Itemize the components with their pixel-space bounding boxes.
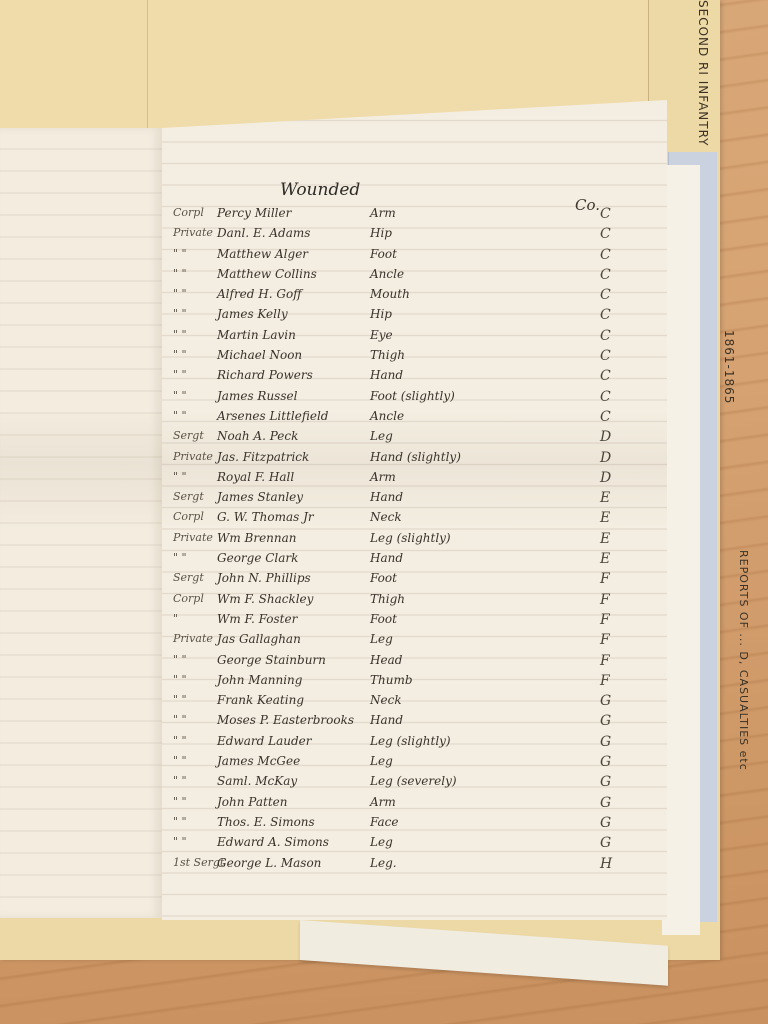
list-item: SergtJames StanleyHandE bbox=[165, 490, 665, 510]
company-letter: G bbox=[600, 795, 611, 811]
rank-text: " " bbox=[173, 409, 221, 422]
list-item: " "Edward A. SimonsLegG bbox=[165, 835, 665, 855]
list-item: CorplPercy MillerArmC bbox=[165, 206, 665, 226]
folder-description-label: REPORTS OF ... D, CASUALTIES etc bbox=[730, 550, 750, 771]
company-letter: F bbox=[600, 571, 610, 587]
list-item: PrivateWm BrennanLeg (slightly)E bbox=[165, 531, 665, 551]
list-item: " "John PattenArmG bbox=[165, 795, 665, 815]
rank-text: " " bbox=[173, 247, 221, 260]
soldier-name: Wm F. Shackley bbox=[217, 592, 313, 606]
company-letter: G bbox=[600, 774, 611, 790]
wound-location: Foot (slightly) bbox=[370, 389, 455, 403]
document-heading: Wounded bbox=[280, 180, 360, 200]
soldier-name: James McGee bbox=[217, 754, 300, 768]
soldier-name: Saml. McKay bbox=[217, 774, 297, 788]
wound-location: Leg bbox=[370, 429, 393, 443]
rank-text: " " bbox=[173, 835, 221, 848]
wound-location: Ancle bbox=[370, 409, 404, 423]
soldier-name: Matthew Collins bbox=[217, 267, 317, 281]
list-item: " "Michael NoonThighC bbox=[165, 348, 665, 368]
wound-location: Arm bbox=[370, 470, 396, 484]
soldier-name: Danl. E. Adams bbox=[217, 226, 310, 240]
rank-text: " " bbox=[173, 389, 221, 402]
list-item: " "James RusselFoot (slightly)C bbox=[165, 389, 665, 409]
left-page-blank bbox=[0, 128, 162, 918]
list-item: " "Royal F. HallArmD bbox=[165, 470, 665, 490]
wound-location: Eye bbox=[370, 328, 393, 342]
wound-location: Face bbox=[370, 815, 399, 829]
list-item: " "Moses P. EasterbrooksHandG bbox=[165, 713, 665, 733]
rank-text: " " bbox=[173, 734, 221, 747]
wound-location: Foot bbox=[370, 247, 397, 261]
rank-text: " " bbox=[173, 287, 221, 300]
list-item: CorplG. W. Thomas JrNeckE bbox=[165, 510, 665, 530]
company-letter: E bbox=[600, 551, 610, 567]
company-letter: F bbox=[600, 632, 610, 648]
list-item: 1st SergtGeorge L. MasonLeg.H bbox=[165, 856, 665, 876]
list-item: CorplWm F. ShackleyThighF bbox=[165, 592, 665, 612]
soldier-name: Michael Noon bbox=[217, 348, 302, 362]
wound-location: Hand bbox=[370, 490, 403, 504]
soldier-name: John Manning bbox=[217, 673, 302, 687]
list-item: SergtJohn N. PhillipsFootF bbox=[165, 571, 665, 591]
company-letter: G bbox=[600, 734, 611, 750]
rank-text: " " bbox=[173, 551, 221, 564]
company-letter: C bbox=[600, 226, 611, 242]
rank-text: Private bbox=[173, 632, 221, 645]
soldier-name: Percy Miller bbox=[217, 206, 291, 220]
rank-text: Sergt bbox=[173, 429, 221, 442]
company-letter: C bbox=[600, 348, 611, 364]
rank-text: " " bbox=[173, 693, 221, 706]
wound-location: Thigh bbox=[370, 348, 405, 362]
soldier-name: Frank Keating bbox=[217, 693, 304, 707]
rank-text: " " bbox=[173, 348, 221, 361]
wound-location: Leg (slightly) bbox=[370, 531, 451, 545]
list-item: " "George ClarkHandE bbox=[165, 551, 665, 571]
soldier-name: Edward Lauder bbox=[217, 734, 311, 748]
company-letter: C bbox=[600, 389, 611, 405]
soldier-name: Wm Brennan bbox=[217, 531, 297, 545]
wound-location: Hand bbox=[370, 713, 403, 727]
rank-text: Private bbox=[173, 226, 221, 239]
wound-location: Foot bbox=[370, 612, 397, 626]
rank-text: " " bbox=[173, 328, 221, 341]
list-item: PrivateDanl. E. AdamsHipC bbox=[165, 226, 665, 246]
wound-location: Neck bbox=[370, 510, 402, 524]
wound-location: Hand bbox=[370, 368, 403, 382]
company-letter: H bbox=[600, 856, 612, 872]
wound-location: Leg (slightly) bbox=[370, 734, 451, 748]
rank-text: Corpl bbox=[173, 592, 221, 605]
soldier-name: Matthew Alger bbox=[217, 247, 308, 261]
wound-location: Leg bbox=[370, 835, 393, 849]
soldier-name: James Russel bbox=[217, 389, 297, 403]
rank-text: " " bbox=[173, 470, 221, 483]
wound-location: Arm bbox=[370, 795, 396, 809]
wound-location: Ancle bbox=[370, 267, 404, 281]
soldier-name: Wm F. Foster bbox=[217, 612, 297, 626]
company-letter: C bbox=[600, 328, 611, 344]
rank-text: " bbox=[173, 612, 221, 625]
company-letter: C bbox=[600, 368, 611, 384]
soldier-name: Royal F. Hall bbox=[217, 470, 294, 484]
soldier-name: John Patten bbox=[217, 795, 287, 809]
list-item: " "John ManningThumbF bbox=[165, 673, 665, 693]
company-letter: C bbox=[600, 409, 611, 425]
soldier-name: Edward A. Simons bbox=[217, 835, 329, 849]
company-letter: G bbox=[600, 754, 611, 770]
company-letter: E bbox=[600, 490, 610, 506]
company-letter: E bbox=[600, 531, 610, 547]
company-letter: C bbox=[600, 267, 611, 283]
rank-text: " " bbox=[173, 815, 221, 828]
soldier-name: Thos. E. Simons bbox=[217, 815, 315, 829]
soldier-name: Alfred H. Goff bbox=[217, 287, 302, 301]
list-item: PrivateJas. FitzpatrickHand (slightly)D bbox=[165, 450, 665, 470]
list-item: "Wm F. FosterFootF bbox=[165, 612, 665, 632]
rank-text: " " bbox=[173, 713, 221, 726]
soldier-name: Jas Gallaghan bbox=[217, 632, 301, 646]
soldier-name: James Stanley bbox=[217, 490, 303, 504]
folder-tab-label: SECOND RI INFANTRY bbox=[690, 0, 710, 146]
soldier-name: Arsenes Littlefield bbox=[217, 409, 328, 423]
rank-text: " " bbox=[173, 653, 221, 666]
wound-location: Head bbox=[370, 653, 402, 667]
rank-text: " " bbox=[173, 673, 221, 686]
company-letter: G bbox=[600, 815, 611, 831]
list-item: " "Edward LauderLeg (slightly)G bbox=[165, 734, 665, 754]
list-item: " "Saml. McKayLeg (severely)G bbox=[165, 774, 665, 794]
company-letter: D bbox=[600, 470, 611, 486]
wound-location: Hand bbox=[370, 551, 403, 565]
wound-location: Mouth bbox=[370, 287, 410, 301]
wound-location: Arm bbox=[370, 206, 396, 220]
folder-fold-line bbox=[147, 0, 148, 130]
wound-location: Foot bbox=[370, 571, 397, 585]
rank-text: " " bbox=[173, 307, 221, 320]
company-letter: D bbox=[600, 429, 611, 445]
wound-location: Thigh bbox=[370, 592, 405, 606]
wound-location: Leg bbox=[370, 754, 393, 768]
soldier-name: James Kelly bbox=[217, 307, 288, 321]
soldier-name: George Clark bbox=[217, 551, 298, 565]
rank-text: " " bbox=[173, 368, 221, 381]
list-item: " "Arsenes LittlefieldAncleC bbox=[165, 409, 665, 429]
list-item: PrivateJas GallaghanLegF bbox=[165, 632, 665, 652]
wound-location: Leg bbox=[370, 632, 393, 646]
list-item: " "Frank KeatingNeckG bbox=[165, 693, 665, 713]
soldier-name: Moses P. Easterbrooks bbox=[217, 713, 354, 727]
company-letter: G bbox=[600, 693, 611, 709]
soldier-name: Noah A. Peck bbox=[217, 429, 298, 443]
list-item: " "Martin LavinEyeC bbox=[165, 328, 665, 348]
rank-text: Corpl bbox=[173, 510, 221, 523]
company-letter: C bbox=[600, 287, 611, 303]
soldier-name: George L. Mason bbox=[217, 856, 321, 870]
rank-text: " " bbox=[173, 267, 221, 280]
company-letter: C bbox=[600, 307, 611, 323]
wounded-list: CorplPercy MillerArmCPrivateDanl. E. Ada… bbox=[165, 206, 665, 876]
list-item: " "James McGeeLegG bbox=[165, 754, 665, 774]
list-item: " "James KellyHipC bbox=[165, 307, 665, 327]
list-item: SergtNoah A. PeckLegD bbox=[165, 429, 665, 449]
company-letter: G bbox=[600, 713, 611, 729]
company-letter: E bbox=[600, 510, 610, 526]
list-item: " "George StainburnHeadF bbox=[165, 653, 665, 673]
folder-years-label: 1861-1865 bbox=[716, 330, 736, 404]
company-letter: C bbox=[600, 206, 611, 222]
rank-text: " " bbox=[173, 795, 221, 808]
soldier-name: George Stainburn bbox=[217, 653, 326, 667]
list-item: " "Richard PowersHandC bbox=[165, 368, 665, 388]
rank-text: " " bbox=[173, 774, 221, 787]
company-letter: D bbox=[600, 450, 611, 466]
rank-text: Private bbox=[173, 531, 221, 544]
list-item: " "Matthew AlgerFootC bbox=[165, 247, 665, 267]
rank-text: Corpl bbox=[173, 206, 221, 219]
company-letter: F bbox=[600, 653, 610, 669]
wound-location: Leg. bbox=[370, 856, 397, 870]
wound-location: Leg (severely) bbox=[370, 774, 457, 788]
list-item: " "Matthew CollinsAncleC bbox=[165, 267, 665, 287]
soldier-name: Richard Powers bbox=[217, 368, 313, 382]
rank-text: Sergt bbox=[173, 490, 221, 503]
wound-location: Hip bbox=[370, 307, 392, 321]
rank-text: " " bbox=[173, 754, 221, 767]
company-letter: F bbox=[600, 592, 610, 608]
company-letter: G bbox=[600, 835, 611, 851]
wound-location: Hip bbox=[370, 226, 392, 240]
rank-text: Private bbox=[173, 450, 221, 463]
list-item: " "Alfred H. GoffMouthC bbox=[165, 287, 665, 307]
company-letter: F bbox=[600, 673, 610, 689]
soldier-name: Jas. Fitzpatrick bbox=[217, 450, 309, 464]
list-item: " "Thos. E. SimonsFaceG bbox=[165, 815, 665, 835]
rank-text: Sergt bbox=[173, 571, 221, 584]
soldier-name: G. W. Thomas Jr bbox=[217, 510, 314, 524]
company-letter: C bbox=[600, 247, 611, 263]
wound-location: Neck bbox=[370, 693, 402, 707]
soldier-name: Martin Lavin bbox=[217, 328, 296, 342]
soldier-name: John N. Phillips bbox=[217, 571, 311, 585]
stacked-papers bbox=[662, 165, 700, 935]
company-letter: F bbox=[600, 612, 610, 628]
wound-location: Thumb bbox=[370, 673, 413, 687]
rank-text: 1st Sergt bbox=[173, 856, 221, 869]
wound-location: Hand (slightly) bbox=[370, 450, 461, 464]
